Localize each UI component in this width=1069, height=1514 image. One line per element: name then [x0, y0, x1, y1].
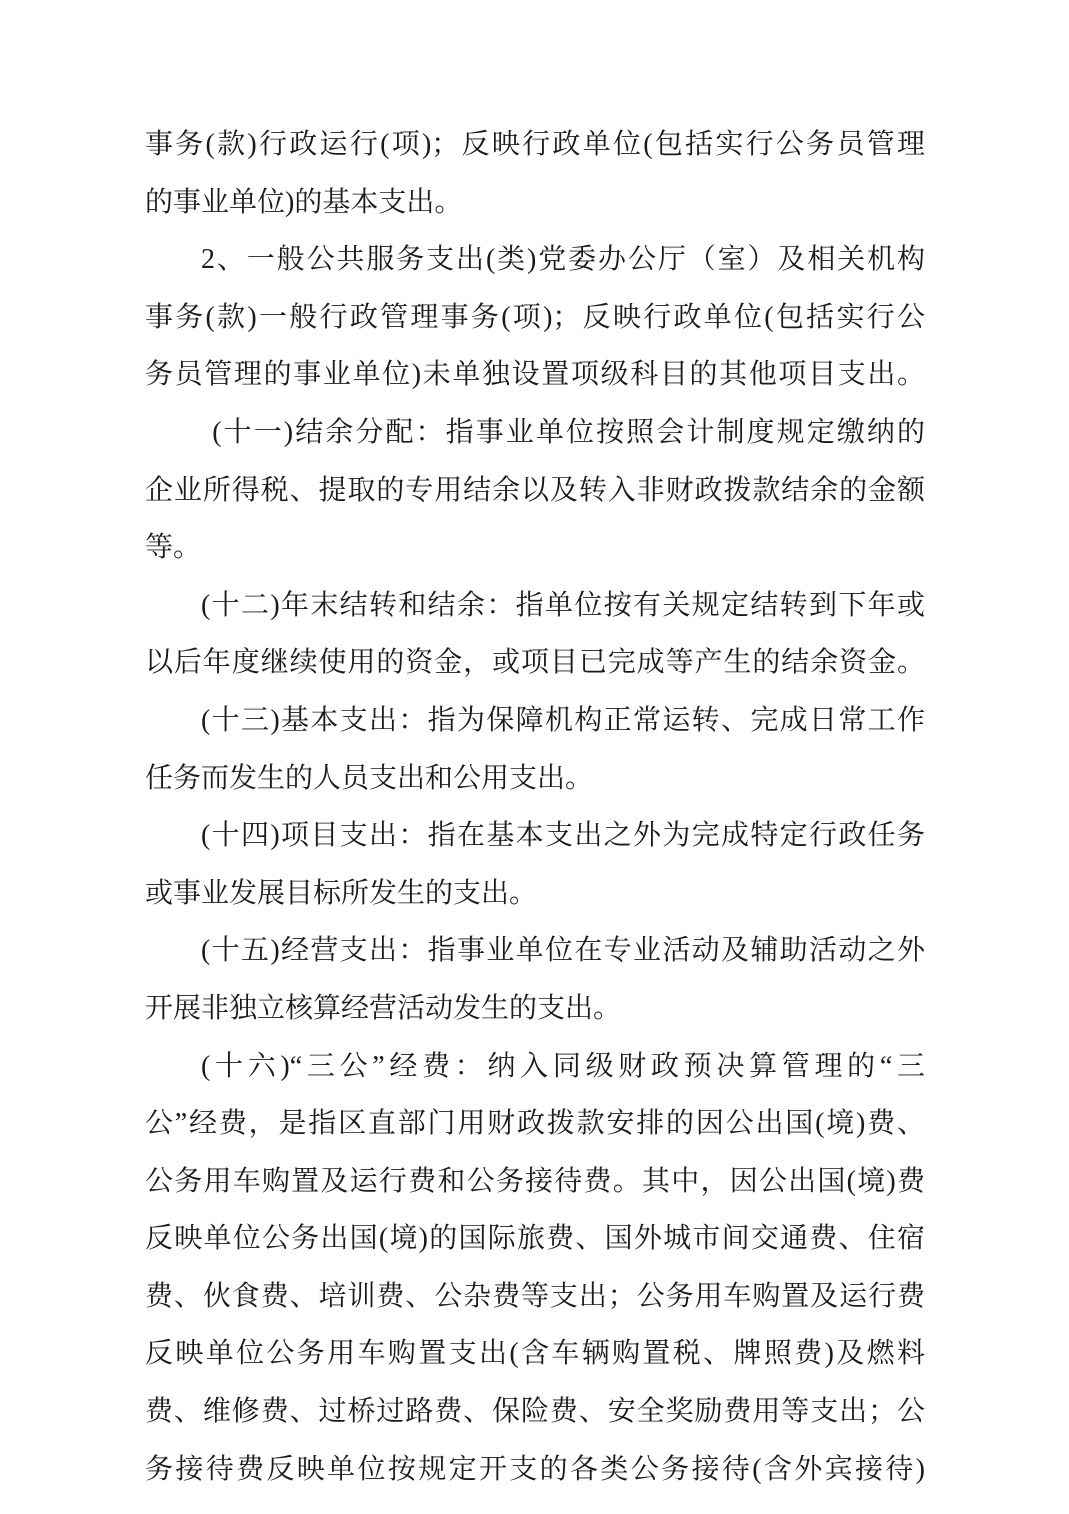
text-line: (十二)年末结转和结余：指单位按有关规定结转到下年或 [145, 577, 925, 635]
text-line: 反映单位公务用车购置支出(含车辆购置税、牌照费)及燃料 [145, 1325, 925, 1383]
text-line: 事务(款)一般行政管理事务(项)；反映行政单位(包括实行公 [145, 289, 925, 347]
text-line: 2、一般公共服务支出(类)党委办公厅（室）及相关机构 [145, 231, 925, 289]
text-line: 以后年度继续使用的资金，或项目已完成等产生的结余资金。 [145, 634, 925, 692]
text-line: 公”经费，是指区直部门用财政拨款安排的因公出国(境)费、 [145, 1095, 925, 1153]
text-line: 务员管理的事业单位)未单独设置项级科目的其他项目支出。 [145, 346, 925, 404]
text-line: (十六)“三公”经费：纳入同级财政预决算管理的“三 [145, 1038, 925, 1096]
text-line: 开展非独立核算经营活动发生的支出。 [145, 980, 925, 1038]
text-line: 务接待费反映单位按规定开支的各类公务接待(含外宾接待) [145, 1441, 925, 1499]
text-line: 费、伙食费、培训费、公杂费等支出；公务用车购置及运行费 [145, 1268, 925, 1326]
text-line: 或事业发展目标所发生的支出。 [145, 865, 925, 923]
text-line: (十三)基本支出：指为保障机构正常运转、完成日常工作 [145, 692, 925, 750]
document-page: 事务(款)行政运行(项)；反映行政单位(包括实行公务员管理 的事业单位)的基本支… [0, 0, 1069, 1514]
text-line: 等。 [145, 519, 925, 577]
text-line: (十四)项目支出：指在基本支出之外为完成特定行政任务 [145, 807, 925, 865]
text-line: 反映单位公务出国(境)的国际旅费、国外城市间交通费、住宿 [145, 1210, 925, 1268]
text-line: 企业所得税、提取的专用结余以及转入非财政拨款结余的金额 [145, 462, 925, 520]
text-line: 的事业单位)的基本支出。 [145, 174, 925, 232]
text-line: (十五)经营支出：指事业单位在专业活动及辅助活动之外 [145, 922, 925, 980]
text-line: 任务而发生的人员支出和公用支出。 [145, 750, 925, 808]
text-line: 公务用车购置及运行费和公务接待费。其中，因公出国(境)费 [145, 1153, 925, 1211]
text-line: 费、维修费、过桥过路费、保险费、安全奖励费用等支出；公 [145, 1383, 925, 1441]
text-line: (十一)结余分配：指事业单位按照会计制度规定缴纳的 [145, 404, 925, 462]
text-line: 事务(款)行政运行(项)；反映行政单位(包括实行公务员管理 [145, 116, 925, 174]
